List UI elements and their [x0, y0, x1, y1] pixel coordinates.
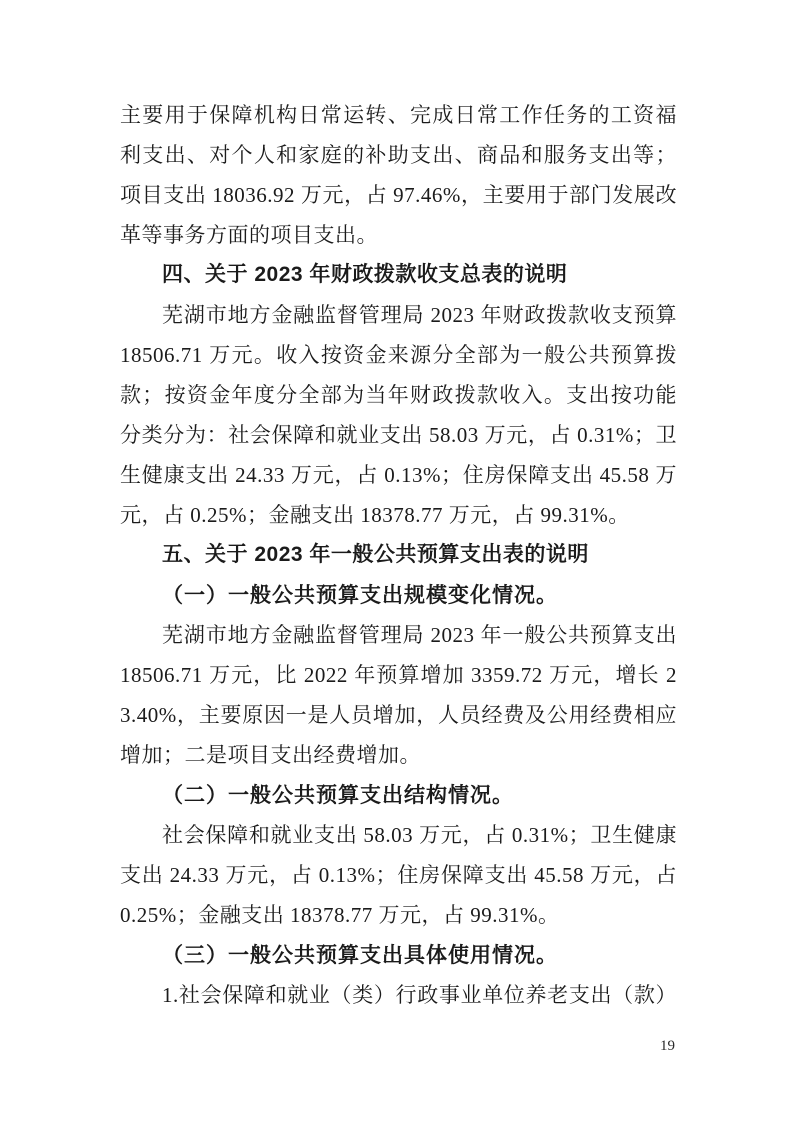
body-paragraph: 芜湖市地方金融监督管理局 2023 年一般公共预算支出 18506.71 万元，… [120, 615, 677, 775]
subsection-heading: （二）一般公共预算支出结构情况。 [120, 775, 677, 815]
section-heading: 四、关于 2023 年财政拨款收支总表的说明 [120, 255, 677, 295]
body-paragraph: 芜湖市地方金融监督管理局 2023 年财政拨款收支预算 18506.71 万元。… [120, 295, 677, 535]
page-number: 19 [660, 1036, 675, 1056]
subsection-heading: （一）一般公共预算支出规模变化情况。 [120, 575, 677, 615]
subsection-heading: （三）一般公共预算支出具体使用情况。 [120, 935, 677, 975]
body-paragraph: 主要用于保障机构日常运转、完成日常工作任务的工资福利支出、对个人和家庭的补助支出… [120, 95, 677, 255]
body-paragraph: 1.社会保障和就业（类）行政事业单位养老支出（款） [120, 975, 677, 1015]
section-heading: 五、关于 2023 年一般公共预算支出表的说明 [120, 535, 677, 575]
document-page: 主要用于保障机构日常运转、完成日常工作任务的工资福利支出、对个人和家庭的补助支出… [0, 0, 793, 1122]
document-content: 主要用于保障机构日常运转、完成日常工作任务的工资福利支出、对个人和家庭的补助支出… [120, 95, 677, 1015]
body-paragraph: 社会保障和就业支出 58.03 万元，占 0.31%；卫生健康支出 24.33 … [120, 815, 677, 935]
